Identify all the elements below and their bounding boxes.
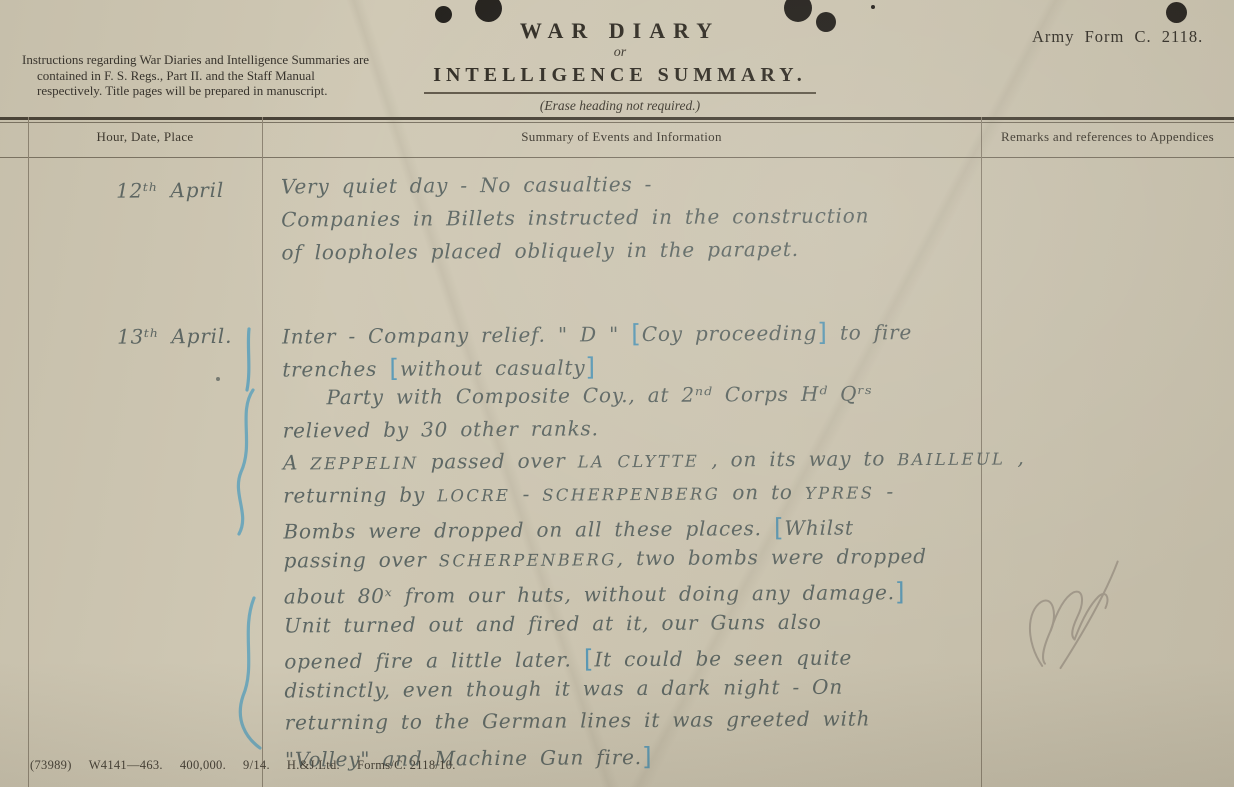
- column-header-remarks: Remarks and references to Appendices: [981, 129, 1234, 145]
- column-header-summary: Summary of Events and Information: [262, 129, 981, 145]
- war-diary-page: Instructions regarding War Diaries and I…: [0, 0, 1234, 787]
- footer-part: (73989): [30, 758, 72, 772]
- form-subtitle: INTELLIGENCE SUMMARY.: [367, 64, 873, 87]
- entries: 12ᵗʰ AprilVery quiet day - No casualties…: [281, 169, 1005, 775]
- diary-line: Bombs were dropped on all these places. …: [283, 510, 1003, 548]
- ink-blot: [1166, 2, 1187, 23]
- diary-line: A ZEPPELIN passed over LA CLYTTE , on it…: [283, 445, 1003, 483]
- ink-blot: [816, 12, 836, 32]
- diary-line: returning to the German lines it was gre…: [285, 705, 1005, 743]
- erase-heading-note: (Erase heading not required.): [367, 98, 873, 114]
- diary-line: Inter - Company relief. " D " [Coy proce…: [282, 315, 1002, 353]
- entry-lines: Inter - Company relief. " D " [Coy proce…: [282, 315, 1005, 775]
- diary-entry: 12ᵗʰ AprilVery quiet day - No casualties…: [281, 169, 1002, 273]
- signature-scribble: [1002, 540, 1152, 670]
- entry-date: 12ᵗʰ April: [116, 178, 271, 203]
- blue-margin-mark: [226, 386, 262, 538]
- pencil-dot: [216, 377, 220, 381]
- footer-part: 400,000.: [180, 758, 226, 772]
- diary-line: Party with Composite Coy., at 2ⁿᵈ Corps …: [282, 380, 1002, 418]
- instructions-text: Instructions regarding War Diaries and I…: [22, 52, 371, 99]
- diary-line: about 80ˣ from our huts, without doing a…: [284, 575, 1004, 613]
- ink-blot: [871, 5, 875, 9]
- diary-line: passing over SCHERPENBERG, two bombs wer…: [284, 543, 1004, 581]
- entry-lines: Very quiet day - No casualties -Companie…: [281, 169, 1002, 273]
- diary-line: relieved by 30 other ranks.: [283, 413, 1003, 451]
- diary-line: returning by LOCRE - SCHERPENBERG on to …: [283, 478, 1003, 516]
- diary-line: trenches [without casualty]: [282, 348, 1002, 386]
- ink-blot: [435, 6, 452, 23]
- army-form-number: Army Form C. 2118.: [1032, 27, 1203, 47]
- title-rule: [424, 92, 816, 94]
- printer-footer: (73989)W4141—463.400,000.9/14.H.&J.Ltd.F…: [30, 758, 473, 773]
- diary-line: of loopholes placed obliquely in the par…: [281, 235, 1001, 273]
- footer-part: W4141—463.: [89, 758, 163, 772]
- diary-line: Companies in Billets instructed in the c…: [281, 202, 1001, 240]
- table-top-inner-border: [0, 122, 1234, 123]
- diary-line: opened fire a little later. [It could be…: [284, 640, 1004, 678]
- diary-entry: 13ᵗʰ April.Inter - Company relief. " D "…: [282, 315, 1005, 775]
- column-header-hour-date-place: Hour, Date, Place: [28, 129, 262, 145]
- diary-line: Unit turned out and fired at it, our Gun…: [284, 608, 1004, 646]
- footer-part: 9/14.: [243, 758, 270, 772]
- form-masthead: WAR DIARY or INTELLIGENCE SUMMARY. (Eras…: [367, 18, 873, 114]
- footer-part: Forms/C. 2118/10.: [357, 758, 456, 772]
- diary-line: distinctly, even though it was a dark ni…: [284, 673, 1004, 711]
- table-left-border: [28, 117, 29, 787]
- footer-part: H.&J.Ltd.: [287, 758, 340, 772]
- form-title-or: or: [367, 45, 873, 61]
- diary-line: Very quiet day - No casualties -: [281, 169, 1001, 207]
- blue-margin-mark: [238, 326, 260, 394]
- table-top-border: [0, 117, 1234, 120]
- header-bottom-border: [0, 157, 1234, 158]
- blue-margin-mark: [230, 594, 268, 754]
